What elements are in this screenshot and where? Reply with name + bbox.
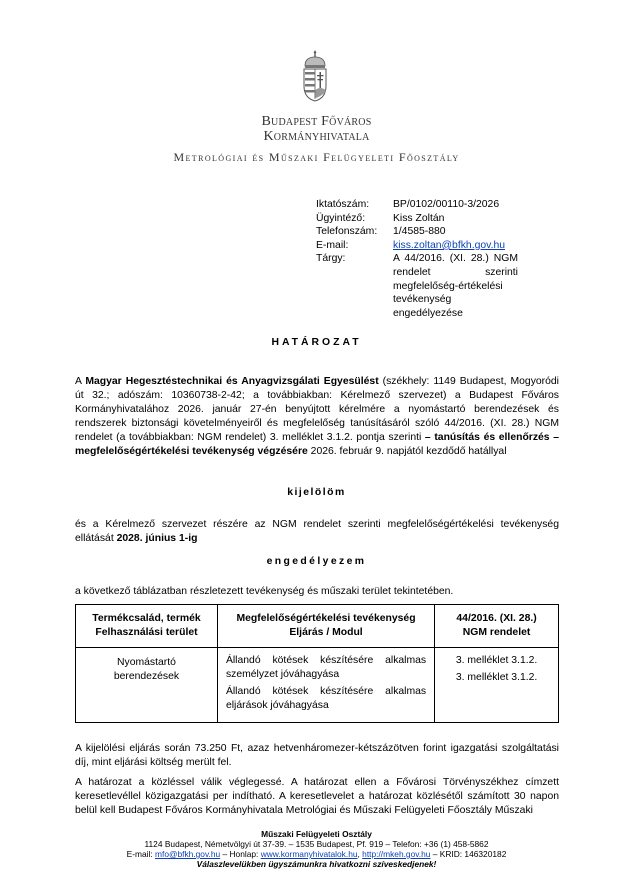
footer-email-link[interactable]: mfo@bfkh.gov.hu	[155, 849, 220, 859]
header-line: Eljárás / Modul	[289, 627, 362, 638]
cell-references: 3. melléklet 3.1.2. 3. melléklet 3.1.2.	[435, 648, 559, 723]
text: A	[75, 376, 85, 387]
coat-of-arms-icon	[300, 48, 330, 103]
table-row: Nyomástartóberendezések Állandó kötések …	[76, 648, 559, 723]
department-name: Metrológiai és Műszaki Felügyeleti Főosz…	[0, 150, 633, 165]
paragraph-appeal: A határozat a közléssel válik véglegessé…	[75, 776, 559, 818]
footer-unit-name: Műszaki Felügyeleti Osztály	[0, 829, 633, 839]
cell-product: Nyomástartóberendezések	[76, 648, 218, 723]
table-header-row: Termékcsalád, termékFelhasználási terüle…	[76, 605, 559, 648]
header-line: Termékcsalád, termék	[92, 613, 200, 624]
decision-authorize: engedélyezem	[0, 556, 633, 567]
meta-row-registration: Iktatószám: BP/0102/00110-3/2026	[316, 198, 566, 212]
phone-number: 1/4585-880	[393, 225, 566, 239]
label: E-mail:	[127, 849, 155, 859]
header-line: Megfelelőségértékelési tevékenység	[237, 613, 416, 624]
procedure-item: Állandó kötések készítésére alkalmas elj…	[226, 685, 426, 712]
meta-label: Ügyintéző:	[316, 212, 393, 226]
header-line: NGM rendelet	[463, 627, 531, 638]
org-name-line2: Kormányhivatala	[0, 129, 633, 145]
column-header-procedure: Megfelelőségértékelési tevékenységEljárá…	[217, 605, 434, 648]
org-name-line1: Budapest Főváros	[0, 114, 633, 130]
validity-date: 2028. június 1-ig	[117, 533, 198, 544]
cell-procedures: Állandó kötések készítésére alkalmas sze…	[217, 648, 434, 723]
applicant-name: Magyar Hegesztéstechnikai és Anyagvizsgá…	[85, 376, 378, 387]
paragraph-applicant: A Magyar Hegesztéstechnikai és Anyagvizs…	[75, 375, 559, 459]
paragraph-table-intro: a következő táblázatban részletezett tev…	[75, 585, 559, 599]
meta-label: Tárgy:	[316, 252, 393, 320]
column-header-product: Termékcsalád, termékFelhasználási terüle…	[76, 605, 218, 648]
decision-designate: kijelölöm	[0, 487, 633, 498]
meta-label: Telefonszám:	[316, 225, 393, 239]
regulation-reference: 3. melléklet 3.1.2.	[443, 671, 550, 685]
meta-label: E-mail:	[316, 239, 393, 253]
subject-text: A 44/2016. (XI. 28.) NGM rendelet szerin…	[393, 252, 518, 320]
document-title: HATÁROZAT	[0, 337, 633, 348]
meta-row-administrator: Ügyintéző: Kiss Zoltán	[316, 212, 566, 226]
meta-row-subject: Tárgy: A 44/2016. (XI. 28.) NGM rendelet…	[316, 252, 566, 320]
product-text: berendezések	[114, 671, 179, 682]
footer-note: Válaszlevelükben ügyszámunkra hivatkozni…	[0, 859, 633, 869]
document-meta: Iktatószám: BP/0102/00110-3/2026 Ügyinté…	[316, 198, 566, 320]
activity-table: Termékcsalád, termékFelhasználási terüle…	[75, 604, 559, 723]
page-footer: Műszaki Felügyeleti Osztály 1124 Budapes…	[0, 829, 633, 869]
regulation-reference: 3. melléklet 3.1.2.	[443, 654, 550, 668]
registration-number: BP/0102/00110-3/2026	[393, 198, 566, 212]
administrator-name: Kiss Zoltán	[393, 212, 566, 226]
paragraph-validity: és a Kérelmező szervezet részére az NGM …	[75, 518, 559, 546]
footer-contacts: E-mail: mfo@bfkh.gov.hu – Honlap: www.ko…	[0, 849, 633, 859]
footer-mkeh-link[interactable]: http://mkeh.gov.hu	[362, 849, 430, 859]
header-line: Felhasználási terület	[95, 627, 197, 638]
procedure-item: Állandó kötések készítésére alkalmas sze…	[226, 654, 426, 681]
column-header-regulation: 44/2016. (XI. 28.)NGM rendelet	[435, 605, 559, 648]
meta-row-phone: Telefonszám: 1/4585-880	[316, 225, 566, 239]
krid-text: – KRID: 146320182	[430, 849, 506, 859]
meta-label: Iktatószám:	[316, 198, 393, 212]
header-line: 44/2016. (XI. 28.)	[456, 613, 536, 624]
email-link[interactable]: kiss.zoltan@bfkh.gov.hu	[393, 240, 505, 251]
footer-website-link[interactable]: www.kormanyhivatalok.hu	[261, 849, 358, 859]
paragraph-fee: A kijelölési eljárás során 73.250 Ft, az…	[75, 742, 559, 770]
text: 2026. február 9. napjától kezdődő hatáll…	[308, 446, 507, 457]
product-text: Nyomástartó	[117, 657, 176, 668]
footer-address: 1124 Budapest, Németvölgyi út 37-39. – 1…	[0, 839, 633, 849]
label: – Honlap:	[220, 849, 261, 859]
meta-row-email: E-mail: kiss.zoltan@bfkh.gov.hu	[316, 239, 566, 253]
